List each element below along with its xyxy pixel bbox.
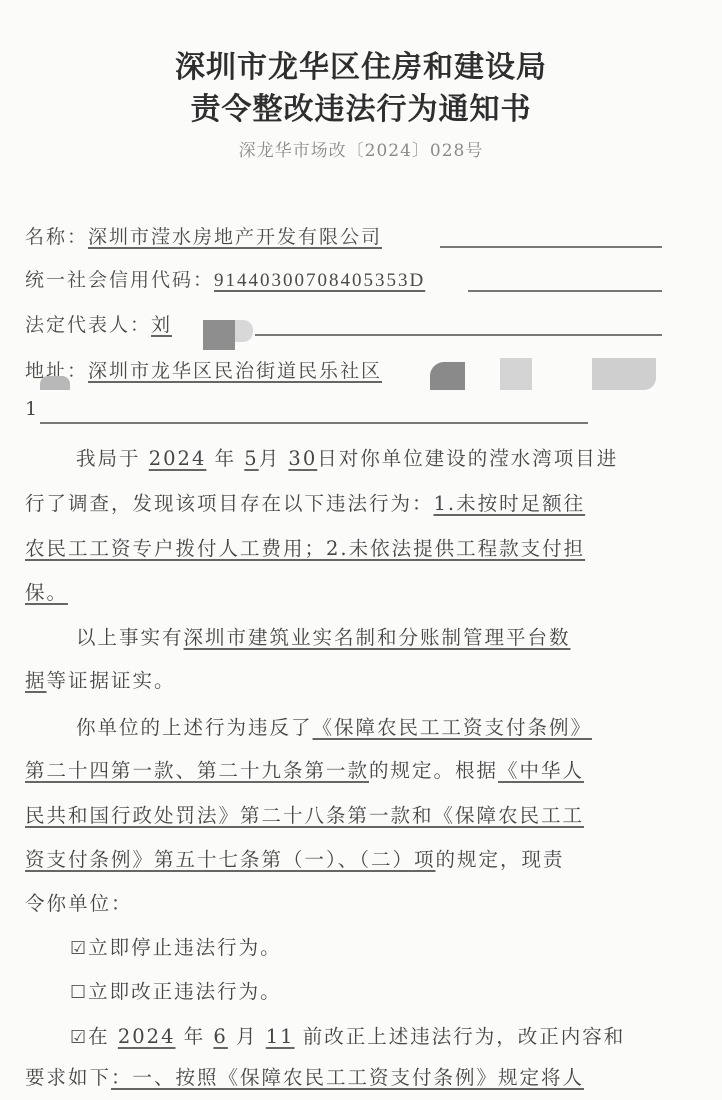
redaction-mark	[592, 358, 656, 390]
redaction-mark	[430, 362, 465, 390]
address-continuation: 1	[25, 398, 39, 420]
legal-rep-value: 刘	[151, 314, 172, 336]
option-stop-violation: ☑立即停止违法行为。	[70, 932, 710, 960]
inspection-day: 30	[288, 447, 317, 470]
paragraph-3-line-5: 令你单位：	[25, 888, 665, 916]
paragraph-1-line-3: 农民工工资专户拨付人工费用；2.未依法提供工程款支付担	[25, 533, 665, 561]
document-title-line1: 深圳市龙华区住房和建设局	[0, 42, 722, 86]
option-deadline: ☑在 2024 年 6 月 11 前改正上述违法行为，改正内容和	[70, 1021, 710, 1049]
paragraph-1-line-1: 我局于 2024 年 5月 30日对你单位建设的滢水湾项目进	[76, 443, 716, 471]
redaction-mark	[40, 376, 70, 390]
paragraph-3-line-2: 第二十四第一款、第二十九条第一款的规定。根据《中华人	[25, 755, 665, 783]
deadline-month: 6	[213, 1025, 227, 1048]
field-name: 名称：深圳市滢水房地产开发有限公司	[25, 222, 382, 249]
inspection-year: 2024	[149, 447, 207, 470]
deadline-day: 11	[266, 1025, 295, 1048]
address-fill-line	[40, 422, 588, 424]
name-fill-line	[440, 246, 662, 248]
paragraph-2-line-2: 据等证据证实。	[25, 665, 665, 693]
option-correct-violation: ☐立即改正违法行为。	[70, 976, 710, 1004]
paragraph-3-line-1: 你单位的上述行为违反了《保障农民工工资支付条例》	[76, 712, 716, 740]
checkbox-checked-icon: ☑	[70, 938, 88, 959]
field-legal-rep: 法定代表人：刘	[25, 310, 172, 337]
checkbox-checked-icon: ☑	[70, 1027, 88, 1048]
paragraph-3-line-4: 资支付条例》第五十七条第（一）、（二）项的规定，现责	[25, 844, 665, 872]
name-value: 深圳市滢水房地产开发有限公司	[88, 226, 382, 248]
redaction-mark	[203, 320, 235, 350]
inspection-month: 5	[244, 447, 258, 470]
notice-document: 深圳市龙华区住房和建设局 责令整改违法行为通知书 深龙华市场改〔2024〕028…	[0, 0, 722, 1100]
paragraph-2-line-1: 以上事实有深圳市建筑业实名制和分账制管理平台数	[76, 622, 716, 650]
field-credit-code: 统一社会信用代码：91440300708405353D	[25, 265, 425, 292]
paragraph-3-line-3: 民共和国行政处罚法》第二十八条第一款和《保障农民工工	[25, 800, 665, 828]
document-title-line2: 责令整改违法行为通知书	[0, 84, 722, 128]
address-value: 深圳市龙华区民治街道民乐社区	[88, 360, 382, 382]
redaction-mark	[235, 320, 253, 342]
paragraph-1-line-2: 行了调查，发现该项目存在以下违法行为：1.未按时足额往	[25, 488, 665, 516]
deadline-requirements-line: 要求如下：一、按照《保障农民工工资支付条例》规定将人	[25, 1062, 665, 1090]
credit-code-value: 91440300708405353D	[214, 270, 425, 291]
name-label: 名称：	[25, 226, 88, 248]
legal-rep-fill-line	[255, 334, 662, 336]
credit-code-fill-line	[468, 290, 662, 292]
checkbox-unchecked-icon: ☐	[70, 982, 88, 1003]
credit-code-label: 统一社会信用代码：	[25, 269, 214, 291]
field-address: 地址：深圳市龙华区民治街道民乐社区	[25, 356, 382, 383]
document-number: 深龙华市场改〔2024〕028号	[0, 136, 722, 161]
legal-rep-label: 法定代表人：	[25, 314, 151, 336]
redaction-mark	[500, 358, 532, 390]
deadline-year: 2024	[118, 1025, 176, 1048]
paragraph-1-line-4: 保。	[25, 577, 665, 605]
